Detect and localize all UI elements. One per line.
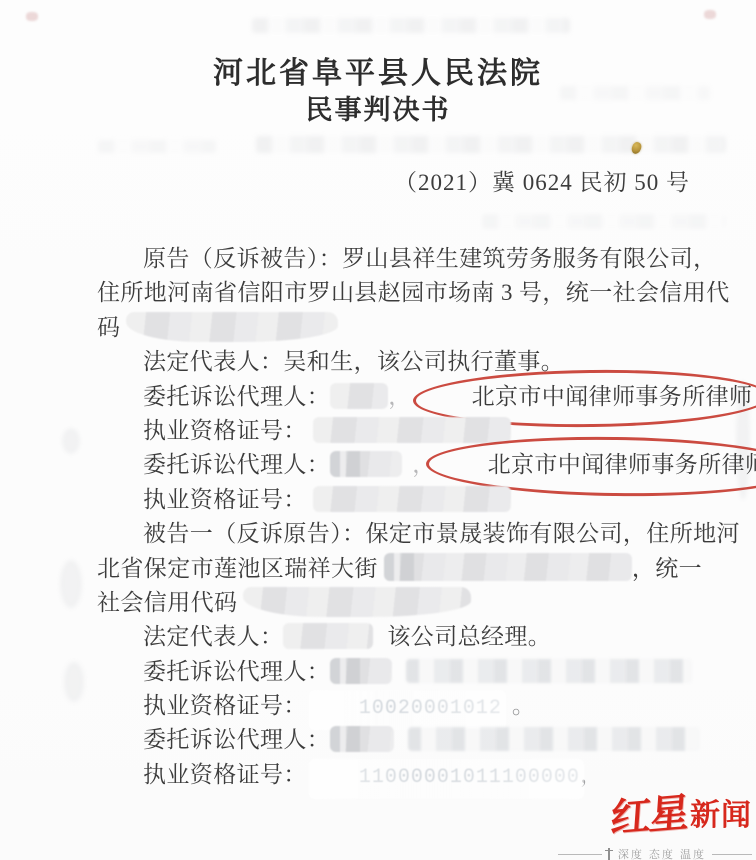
defendant-address-suffix: ，统一 (632, 556, 702, 581)
bleed-through-artifact (252, 18, 570, 33)
legal-rep-text: 法定代表人：吴和生，该公司执行董事。 (143, 349, 564, 374)
redaction-agent-name (330, 383, 388, 409)
margin-smudge (60, 560, 82, 608)
defendant-intro-line1: 被告一（反诉原告）：保定市景晟装饰有限公司，住所地河 (97, 517, 737, 551)
circled-law-firm: 北京市中闻律师事务所律师。 (442, 448, 756, 482)
brand-script-text: 红星 (609, 793, 689, 839)
case-number: （2021）冀 0624 民初 50 号 (394, 164, 690, 197)
bleed-through-artifact (98, 140, 216, 153)
plaintiff-license1-line: 执业资格证号： (97, 414, 737, 448)
defendant-legal-rep-line: 法定代表人：该公司总经理。 (97, 620, 737, 654)
redaction-license-number (313, 486, 511, 512)
bleed-through-artifact (256, 136, 726, 153)
faint-comma: ， (388, 384, 411, 409)
slogan-dash-left (558, 854, 602, 855)
slogan-divider-icon (608, 848, 610, 860)
period: 。 (512, 693, 535, 718)
redaction-firm-ghost (408, 727, 700, 751)
legal-rep-label: 法定代表人： (143, 624, 283, 649)
license-label: 执业资格证号： (143, 693, 307, 718)
credit-code-prefix: 码 (97, 315, 120, 340)
defendant-credit-code-line: 社会信用代码 (97, 586, 737, 620)
faint-license-digits: 10020001012 (313, 692, 502, 726)
credit-code-prefix: 社会信用代码 (97, 590, 237, 615)
plaintiff-legal-rep-line: 法定代表人：吴和生，该公司执行董事。 (97, 345, 737, 379)
scan-corner-smudge-left (26, 12, 38, 21)
redaction-agent-name (330, 451, 402, 477)
plaintiff-intro-text: 原告（反诉被告）：罗山县祥生建筑劳务服务有限公司， (143, 246, 717, 271)
judgment-document-page: 河北省阜平县人民法院 民事判决书 （2021）冀 0624 民初 50 号 原告… (0, 0, 756, 860)
agent-label: 委托诉讼代理人： (143, 727, 330, 752)
margin-smudge (62, 428, 80, 454)
plaintiff-intro-line2: 住所地河南省信阳市罗山县赵园市场南 3 号，统一社会信用代 (97, 276, 737, 310)
faint-comma: ， (412, 452, 435, 477)
plaintiff-intro-line1: 原告（反诉被告）：罗山县祥生建筑劳务服务有限公司， (97, 242, 737, 276)
plaintiff-credit-code-line: 码 (97, 311, 737, 345)
bleed-through-artifact (482, 214, 726, 229)
scan-corner-smudge-right (704, 10, 716, 19)
redaction-address (384, 553, 632, 581)
slogan-dash-right (712, 854, 752, 855)
defendant-license2-line: 执业资格证号：11000001011100000， (97, 758, 737, 792)
plaintiff-address-text: 住所地河南省信阳市罗山县赵园市场南 3 号，统一社会信用代 (97, 280, 730, 305)
redaction-agent-name (330, 726, 394, 752)
defendant-agent1-line: 委托诉讼代理人： (97, 655, 737, 689)
defendant-address-prefix: 北省保定市莲池区瑞祥大街 (97, 556, 378, 581)
plaintiff-agent2-line: 委托诉讼代理人：，北京市中闻律师事务所律师。 (97, 448, 737, 482)
redaction-firm-ghost (406, 659, 692, 683)
defendant-intro-text: 被告一（反诉原告）：保定市景晟装饰有限公司，住所地河 (143, 521, 740, 546)
defendant-agent2-line: 委托诉讼代理人： (97, 723, 737, 757)
defendant-license1-line: 执业资格证号：10020001012。 (97, 689, 737, 723)
plaintiff-agent1-line: 委托诉讼代理人：，北京市中闻律师事务所律师 (97, 380, 737, 414)
faint-license-digits: 11000001011100000 (313, 761, 580, 795)
redstar-news-watermark: 红星新闻 深度 态度 温度 (556, 796, 752, 860)
redaction-rep-name (283, 623, 373, 649)
license-label: 执业资格证号： (143, 487, 307, 512)
agent-label: 委托诉讼代理人： (143, 452, 330, 477)
redaction-license-number (313, 417, 511, 443)
legal-rep-suffix: 该公司总经理。 (387, 624, 551, 649)
redstar-news-logo: 红星新闻 (556, 796, 752, 845)
redaction-credit-code (243, 587, 471, 617)
document-body: 原告（反诉被告）：罗山县祥生建筑劳务服务有限公司， 住所地河南省信阳市罗山县赵园… (97, 242, 737, 792)
redaction-credit-code (126, 312, 338, 342)
agent-label: 委托诉讼代理人： (143, 659, 330, 684)
redaction-agent-name (330, 658, 392, 684)
circled-law-firm: 北京市中闻律师事务所律师 (426, 380, 753, 414)
license-label: 执业资格证号： (143, 418, 307, 443)
margin-smudge (64, 662, 84, 702)
slogan-row: 深度 态度 温度 (556, 846, 752, 860)
defendant-address-line: 北省保定市莲池区瑞祥大街，统一 (97, 552, 737, 586)
plaintiff-license2-line: 执业资格证号： (97, 483, 737, 517)
document-type-title: 民事判决书 (0, 88, 756, 127)
brand-bold-text: 新闻 (690, 796, 752, 836)
license-label: 执业资格证号： (143, 762, 307, 787)
agent-label: 委托诉讼代理人： (143, 384, 330, 409)
slogan-text: 深度 态度 温度 (618, 846, 706, 860)
court-name: 河北省阜平县人民法院 (0, 48, 756, 92)
